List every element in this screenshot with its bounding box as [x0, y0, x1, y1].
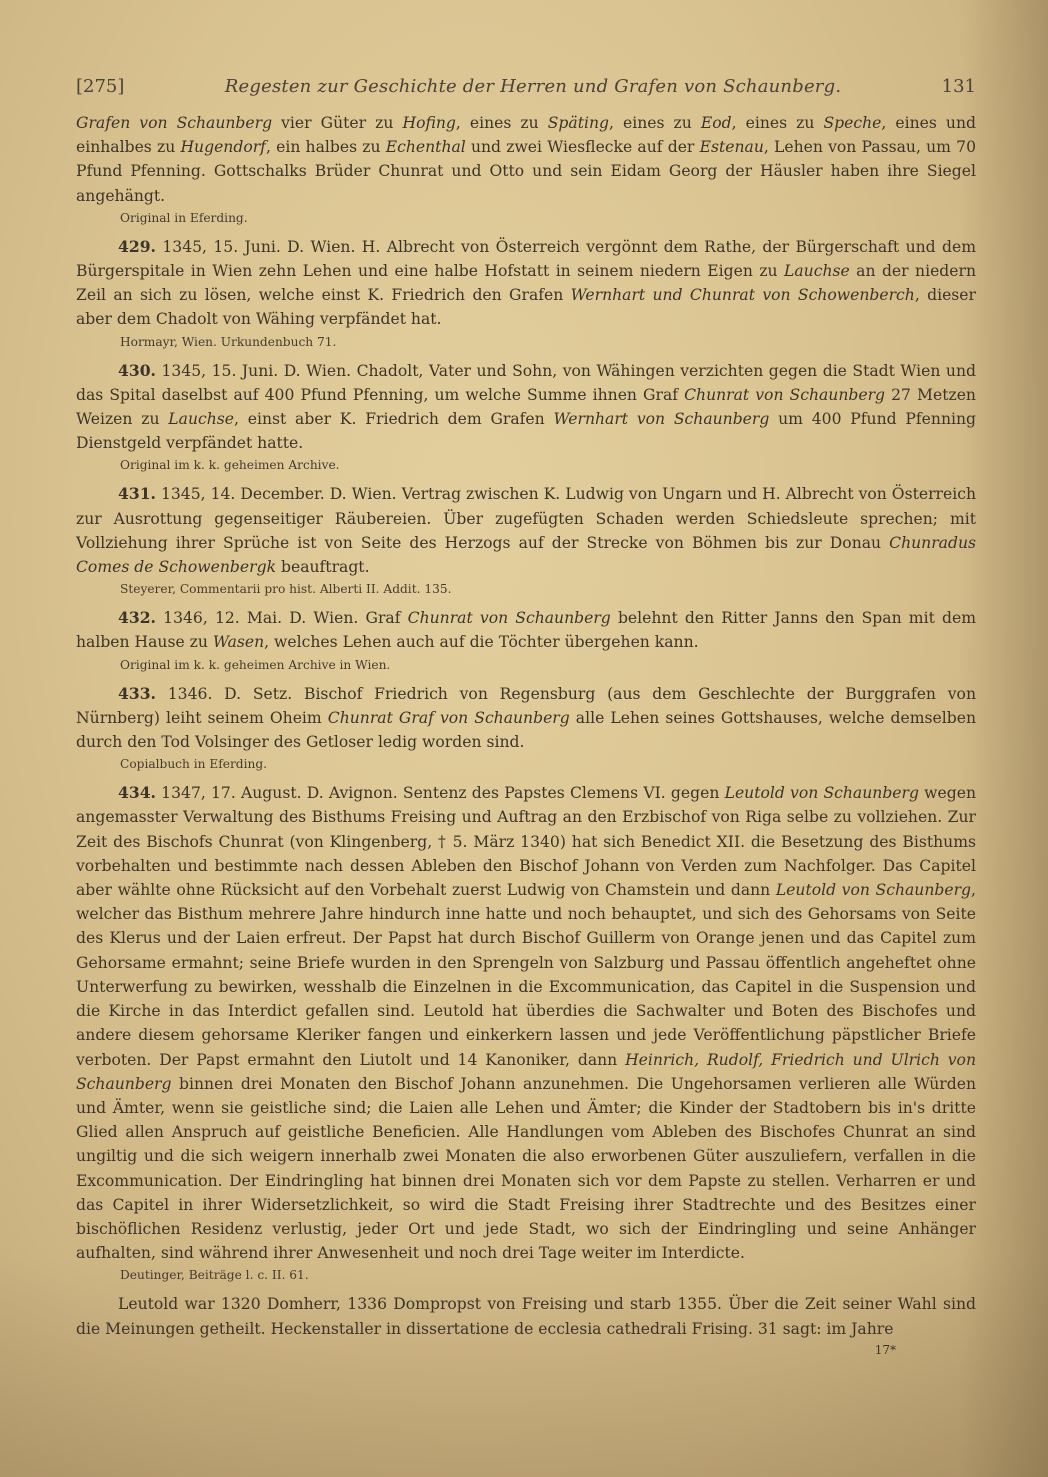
continuation-text: Grafen von Schaunberg vier Güter zu Hofi…	[76, 111, 976, 208]
italic-name: Hugendorf	[180, 138, 266, 156]
entry-text: 431. 1345, 14. December. D. Wien. Vertra…	[76, 482, 976, 579]
regest-entry: 431. 1345, 14. December. D. Wien. Vertra…	[76, 482, 976, 599]
source-citation: Original in Eferding.	[120, 208, 976, 228]
source-citation: Hormayr, Wien. Urkundenbuch 71.	[120, 332, 976, 352]
text-run: , eines zu	[456, 114, 548, 132]
regest-entry: 433. 1346. D. Setz. Bischof Friedrich vo…	[76, 682, 976, 775]
entry-number: 430.	[118, 361, 156, 380]
italic-name: Späting	[548, 114, 609, 132]
italic-name: Chunrat von Schaunberg	[684, 386, 885, 404]
entry-number: 434.	[118, 783, 156, 802]
italic-name: Grafen von Schaunberg	[76, 114, 272, 132]
source-citation: Original im k. k. geheimen Archive.	[120, 455, 976, 475]
text-run: 1345, 14. December. D. Wien. Vertrag zwi…	[76, 485, 976, 551]
italic-name: Leutold von Schaunberg	[725, 784, 919, 802]
text-run: binnen drei Monaten den Bischof Johann a…	[76, 1075, 976, 1262]
regest-entry: 430. 1345, 15. Juni. D. Wien. Chadolt, V…	[76, 359, 976, 476]
italic-name: Eod	[701, 114, 732, 132]
italic-name: Hofing	[402, 114, 455, 132]
signature-mark: 17*	[76, 1343, 896, 1357]
italic-name: Lauchse	[168, 410, 234, 428]
source-citation: Copialbuch in Eferding.	[120, 754, 976, 774]
entry-text: 434. 1347, 17. August. D. Avignon. Sente…	[76, 781, 976, 1265]
entry-number: 433.	[118, 684, 156, 703]
running-header: [275] Regesten zur Geschichte der Herren…	[76, 76, 976, 97]
document-page: [275] Regesten zur Geschichte der Herren…	[76, 76, 976, 1357]
text-run: 1347, 17. August. D. Avignon. Sentenz de…	[156, 784, 725, 802]
text-run: , einst aber K. Friedrich dem Grafen	[234, 410, 554, 428]
regest-entry: 432. 1346, 12. Mai. D. Wien. Graf Chunra…	[76, 606, 976, 674]
entry-text: 430. 1345, 15. Juni. D. Wien. Chadolt, V…	[76, 359, 976, 456]
italic-name: Lauchse	[784, 262, 850, 280]
entry-text: 432. 1346, 12. Mai. D. Wien. Graf Chunra…	[76, 606, 976, 654]
source-citation: Original im k. k. geheimen Archive in Wi…	[120, 655, 976, 675]
text-run: beauftragt.	[276, 558, 370, 576]
entry-number: 431.	[118, 484, 156, 503]
text-run: 1346, 12. Mai. D. Wien. Graf	[156, 609, 408, 627]
italic-name: Leutold von Schaunberg	[776, 881, 971, 899]
footnote-paragraph: Leutold war 1320 Domherr, 1336 Dompropst…	[76, 1292, 976, 1340]
italic-name: Echenthal	[386, 138, 466, 156]
text-run: , welches Lehen auch auf die Töchter übe…	[264, 633, 698, 651]
entry-text: 429. 1345, 15. Juni. D. Wien. H. Albrech…	[76, 235, 976, 332]
text-run: , ein halbes zu	[266, 138, 386, 156]
entry-number: 429.	[118, 237, 156, 256]
italic-name: Wernhart und Chunrat von Schowenberch	[571, 286, 915, 304]
regest-entry: 429. 1345, 15. Juni. D. Wien. H. Albrech…	[76, 235, 976, 352]
source-citation: Deutinger, Beiträge l. c. II. 61.	[120, 1265, 976, 1285]
text-run: vier Güter zu	[272, 114, 402, 132]
italic-name: Speche	[823, 114, 881, 132]
italic-name: Wernhart von Schaunberg	[554, 410, 770, 428]
regest-entry: 434. 1347, 17. August. D. Avignon. Sente…	[76, 781, 976, 1285]
regesta-entries: 429. 1345, 15. Juni. D. Wien. H. Albrech…	[76, 235, 976, 1286]
text-run: und zwei Wiesflecke auf der	[466, 138, 700, 156]
italic-name: Chunrat Graf von Schaunberg	[328, 709, 570, 727]
italic-name: Chunrat von Schaunberg	[408, 609, 611, 627]
text-run: , welcher das Bisthum mehrere Jahre hind…	[76, 881, 976, 1068]
entry-number: 432.	[118, 608, 156, 627]
page-number: 131	[942, 76, 976, 97]
italic-name: Estenau	[700, 138, 764, 156]
page-reference: [275]	[76, 76, 124, 97]
source-citation: Steyerer, Commentarii pro hist. Alberti …	[120, 579, 976, 599]
text-run: , eines zu	[732, 114, 824, 132]
continuation-entry: Grafen von Schaunberg vier Güter zu Hofi…	[76, 111, 976, 228]
entry-text: 433. 1346. D. Setz. Bischof Friedrich vo…	[76, 682, 976, 755]
text-run: , eines zu	[609, 114, 701, 132]
italic-name: Wasen	[213, 633, 264, 651]
running-title: Regesten zur Geschichte der Herren und G…	[225, 76, 841, 97]
